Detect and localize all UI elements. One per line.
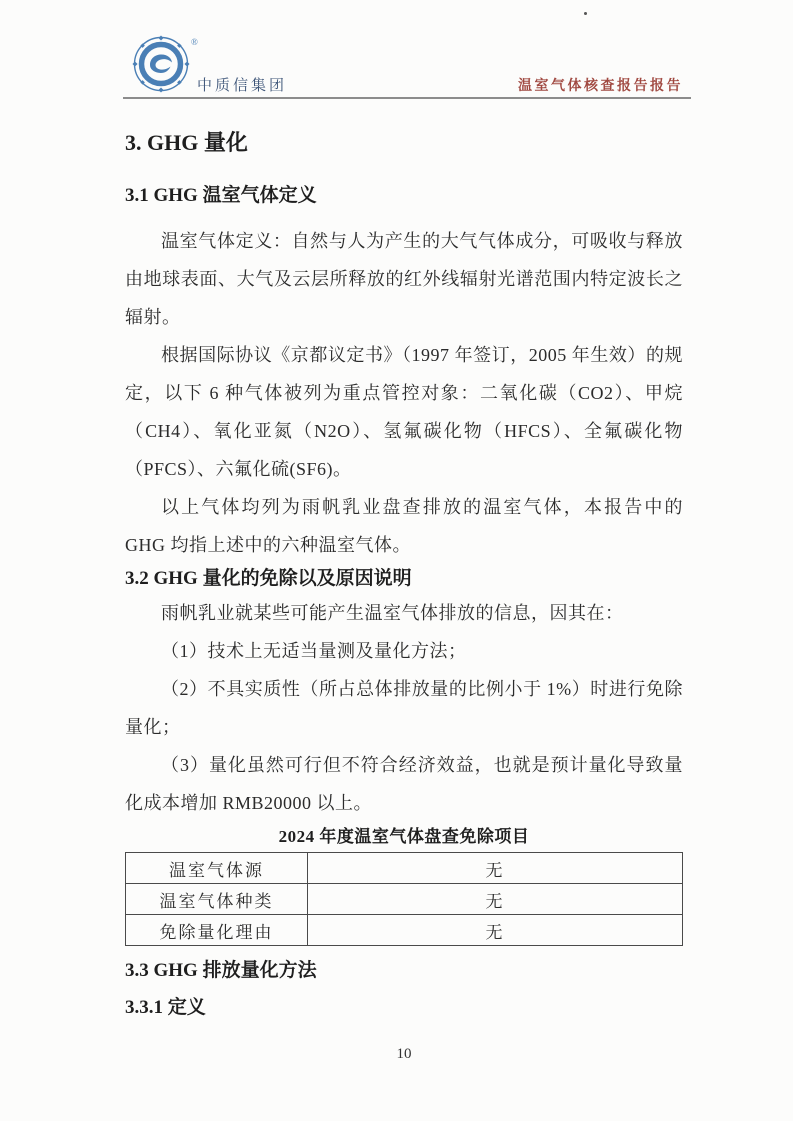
paragraph: 根据国际协议《京都议定书》（1997 年签订，2005 年生效）的规定，以下 6… [125, 336, 683, 488]
list-item: （2）不具实质性（所占总体排放量的比例小于 1%）时进行免除量化； [125, 670, 683, 746]
page-number: 10 [125, 1046, 683, 1063]
section-heading-3-1: 3.1 GHG 温室气体定义 [125, 182, 683, 210]
exemption-table: 温室气体源 无 温室气体种类 无 免除量化理由 无 [125, 852, 683, 946]
table-row-label: 温室气体源 [126, 853, 308, 884]
table-row-value: 无 [308, 884, 683, 915]
table-row: 温室气体源 无 [126, 853, 683, 884]
chapter-heading: 3. GHG 量化 [125, 130, 683, 156]
table-row-value: 无 [308, 915, 683, 946]
table-row: 温室气体种类 无 [126, 884, 683, 915]
table-title: 2024 年度温室气体盘查免除项目 [125, 822, 683, 852]
paragraph: 雨帆乳业就某些可能产生温室气体排放的信息，因其在： [125, 594, 683, 632]
table-row-value: 无 [308, 853, 683, 884]
document-page: ® 中质信集团 温室气体核查报告报告 3. GHG 量化 3.1 GHG 温室气… [0, 0, 793, 1121]
table-row: 免除量化理由 无 [126, 915, 683, 946]
list-item: （3）量化虽然可行但不符合经济效益，也就是预计量化导致量化成本增加 RMB200… [125, 746, 683, 822]
table-row-label: 温室气体种类 [126, 884, 308, 915]
table-row-label: 免除量化理由 [126, 915, 308, 946]
paragraph: 以上气体均列为雨帆乳业盘查排放的温室气体，本报告中的 GHG 均指上述中的六种温… [125, 488, 683, 564]
subsection-heading-3-3-1: 3.3.1 定义 [125, 994, 683, 1022]
paragraph: 温室气体定义：自然与人为产生的大气气体成分，可吸收与释放由地球表面、大气及云层所… [125, 222, 683, 336]
list-item: （1）技术上无适当量测及量化方法； [125, 632, 683, 670]
section-heading-3-2: 3.2 GHG 量化的免除以及原因说明 [125, 564, 683, 594]
document-body: 3. GHG 量化 3.1 GHG 温室气体定义 温室气体定义：自然与人为产生的… [125, 0, 683, 1022]
section-heading-3-3: 3.3 GHG 排放量化方法 [125, 956, 683, 986]
